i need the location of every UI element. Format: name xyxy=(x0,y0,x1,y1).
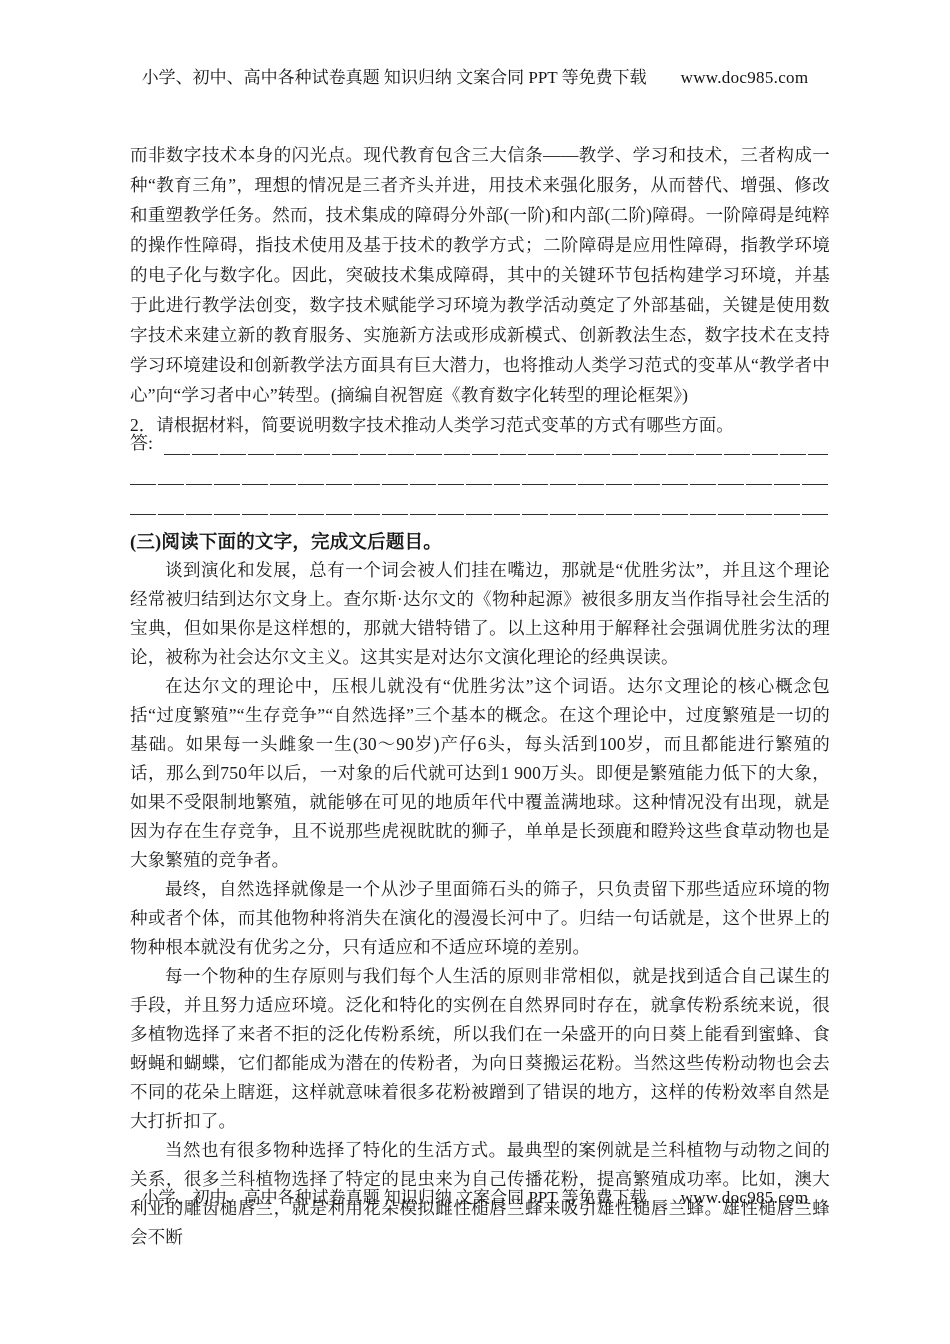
page-footer: 小学、初中、高中各种试卷真题 知识归纳 文案合同 PPT 等免费下载www.do… xyxy=(0,1188,950,1208)
document-body: 而非数字技术本身的闪光点。现代教育包含三大信条——教学、学习和技术，三者构成一种… xyxy=(130,140,830,1252)
body-paragraph: 在达尔文的理论中，压根儿就没有“优胜劣汰”这个词语。达尔文理论的核心概念包括“过… xyxy=(130,672,830,875)
answer-block: 答: xyxy=(130,440,830,530)
header-text: 小学、初中、高中各种试卷真题 知识归纳 文案合同 PPT 等免费下载 xyxy=(142,68,647,87)
section-3-heading: (三)阅读下面的文字，完成文后题目。 xyxy=(130,530,830,556)
answer-blank-rule xyxy=(130,483,828,485)
answer-line xyxy=(130,470,830,500)
continued-paragraph: 而非数字技术本身的闪光点。现代教育包含三大信条——教学、学习和技术，三者构成一种… xyxy=(130,140,830,410)
body-paragraph: 谈到演化和发展，总有一个词会被人们挂在嘴边，那就是“优胜劣汰”，并且这个理论经常… xyxy=(130,556,830,672)
header-url-link[interactable]: www.doc985.com xyxy=(681,68,809,87)
body-paragraph: 每一个物种的生存原则与我们每个人生活的原则非常相似，就是找到适合自己谋生的手段，… xyxy=(130,962,830,1136)
answer-blank-rule xyxy=(164,453,828,455)
document-page: 小学、初中、高中各种试卷真题 知识归纳 文案合同 PPT 等免费下载www.do… xyxy=(0,0,950,1344)
answer-blank-rule xyxy=(130,513,828,515)
answer-line: 答: xyxy=(130,440,830,470)
page-header: 小学、初中、高中各种试卷真题 知识归纳 文案合同 PPT 等免费下载www.do… xyxy=(0,68,950,88)
question-2: 2．请根据材料，简要说明数字技术推动人类学习范式变革的方式有哪些方面。 xyxy=(130,410,830,440)
footer-text: 小学、初中、高中各种试卷真题 知识归纳 文案合同 PPT 等免费下载 xyxy=(142,1188,647,1207)
answer-label: 答: xyxy=(130,433,153,453)
body-paragraph: 最终，自然选择就像是一个从沙子里面筛石头的筛子，只负责留下那些适应环境的物种或者… xyxy=(130,875,830,962)
footer-url-link[interactable]: www.doc985.com xyxy=(681,1188,809,1207)
answer-line xyxy=(130,500,830,530)
